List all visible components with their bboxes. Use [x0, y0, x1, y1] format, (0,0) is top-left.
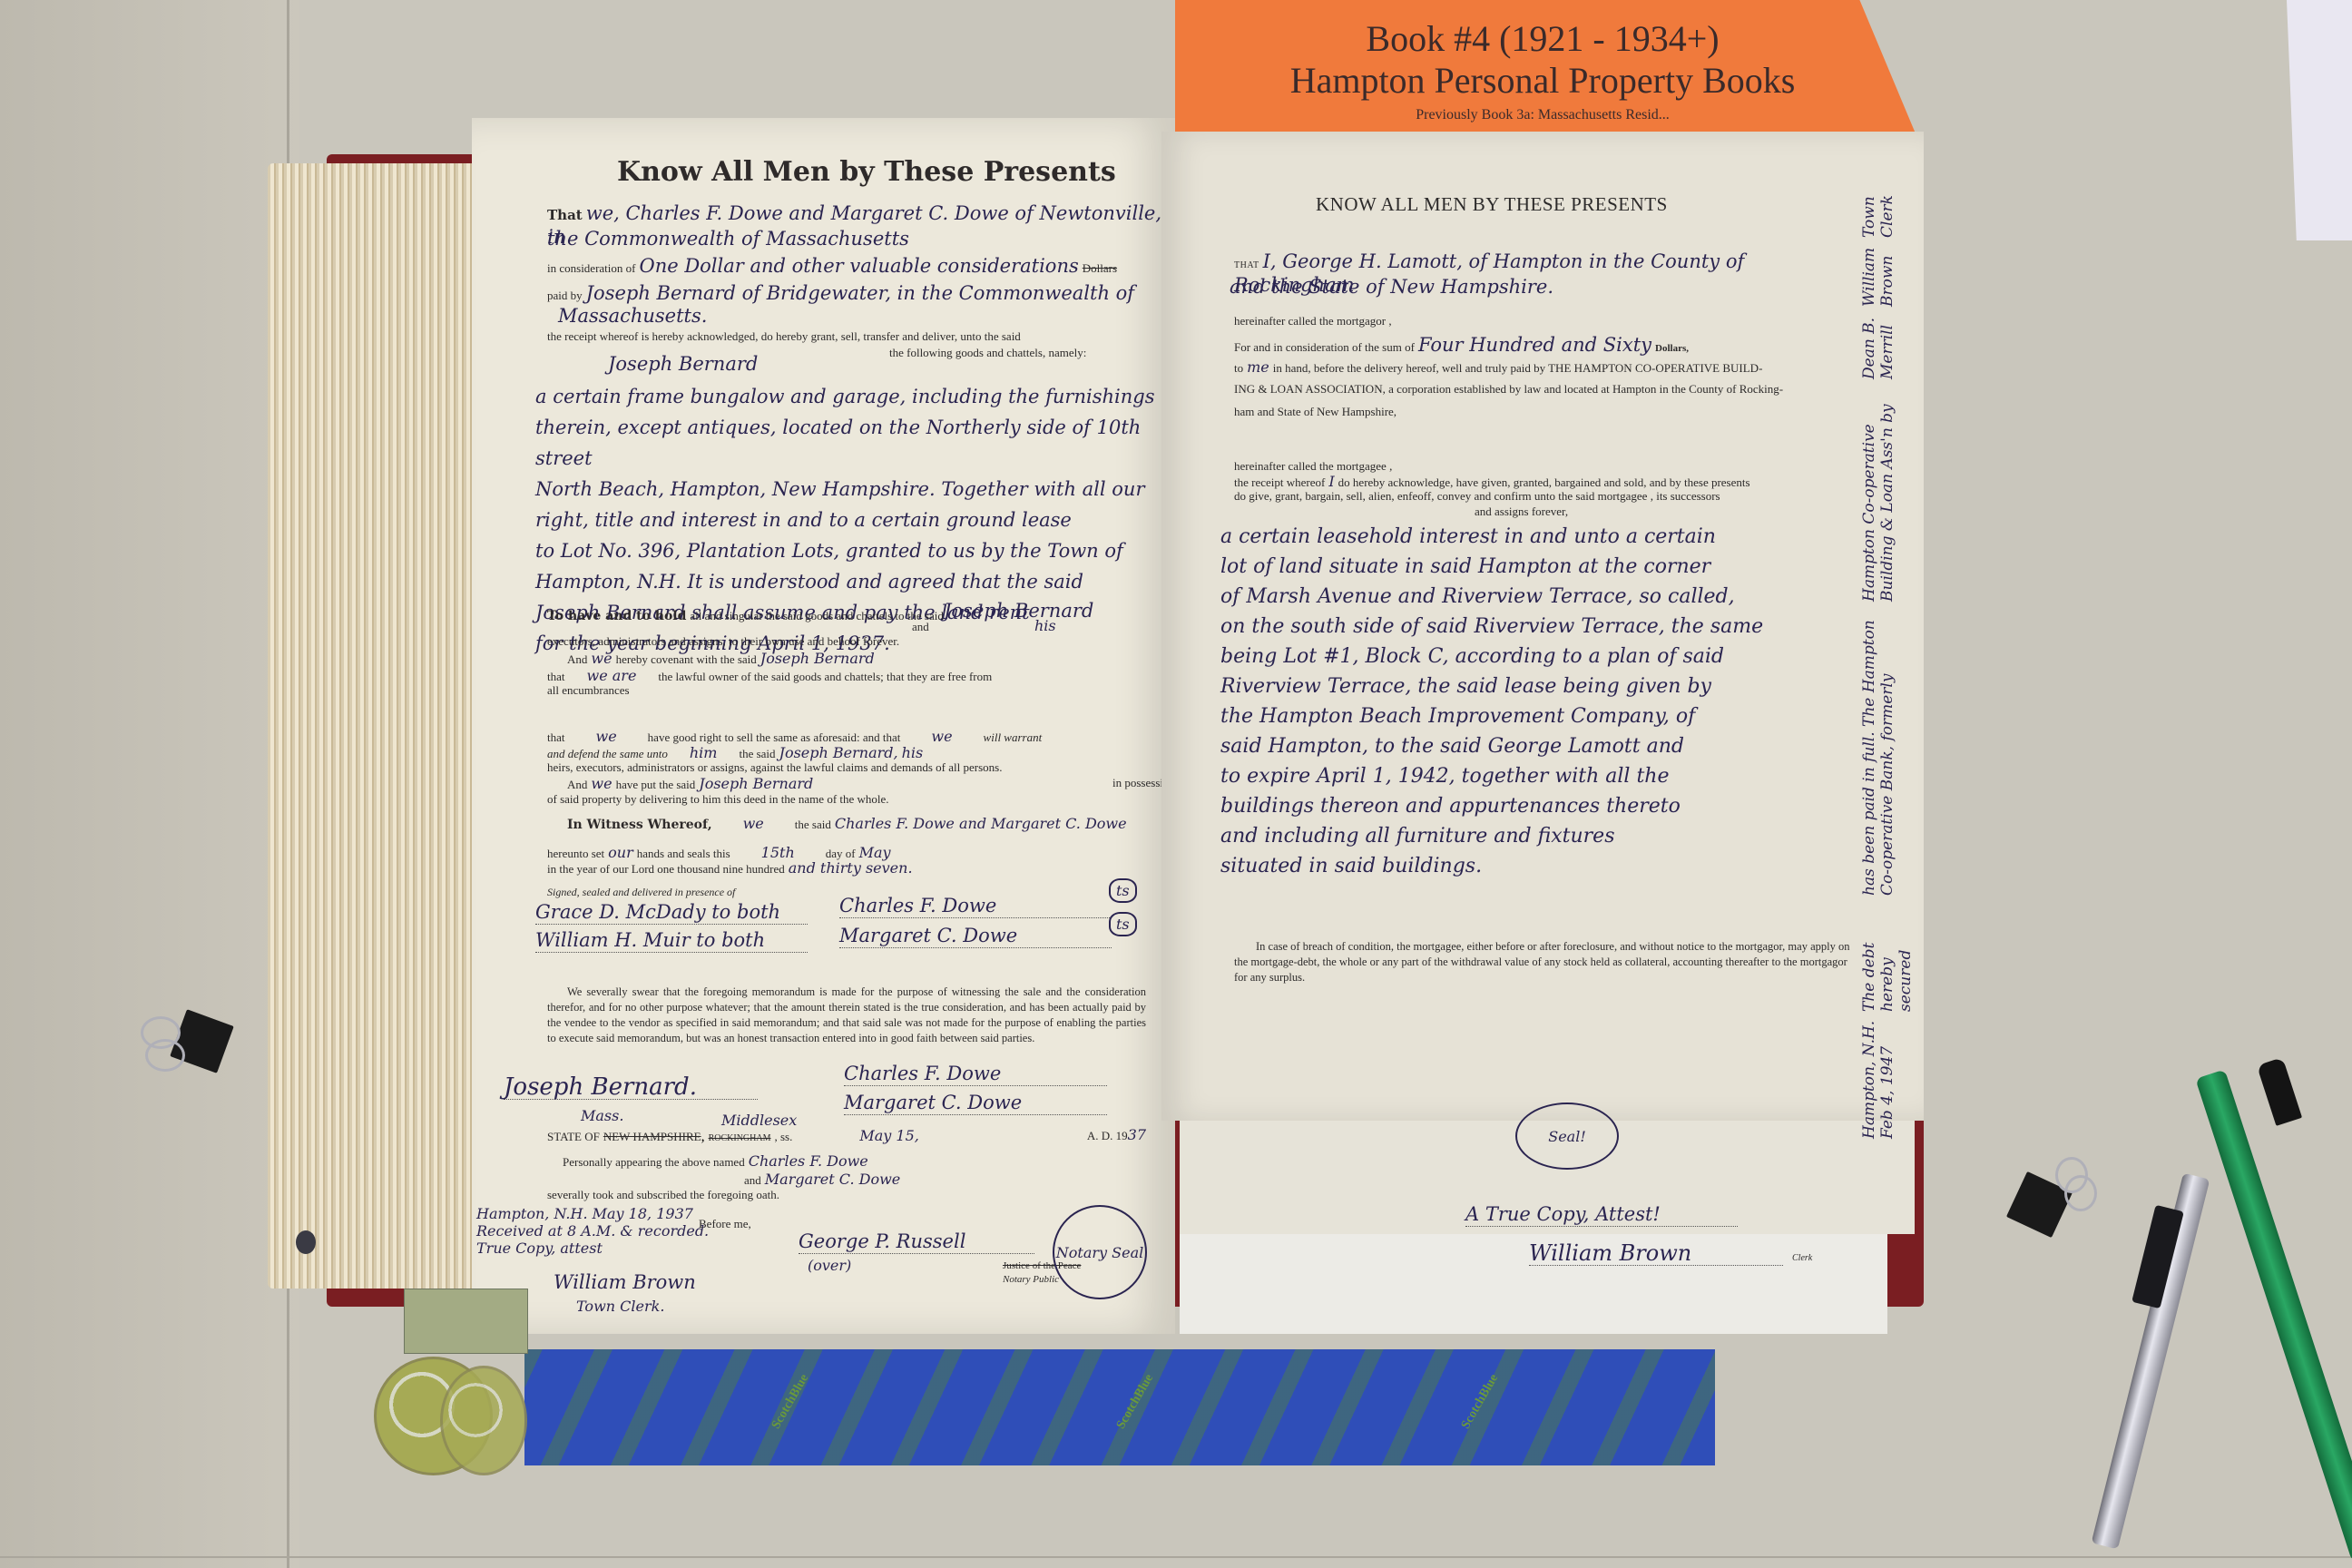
ad-label: A. D. 1937: [1087, 1127, 1146, 1143]
signed-text: Signed, sealed and delivered in presence…: [547, 885, 735, 900]
binder-clip-right[interactable]: [2005, 1152, 2114, 1234]
left-page: Know All Men by These Presents That we, …: [472, 118, 1175, 1334]
state-struck: NEW HAMPSHIRE: [603, 1130, 701, 1143]
paid-by-label: paid by: [547, 289, 583, 302]
right-text: have good right to sell the same as afor…: [648, 730, 901, 744]
tape-brand-label: ScotchBlue: [1114, 1372, 1157, 1432]
record-note-line: Hampton, N.H. May 18, 1937: [476, 1205, 709, 1222]
margin-note-line: Hampton, N.H. Feb 4, 1947: [1860, 1014, 1915, 1139]
orange-title-line2: Hampton Personal Property Books: [1175, 60, 1910, 102]
put-text: have put the said: [616, 778, 696, 791]
seal-mark-underlayer: Seal!: [1515, 1102, 1619, 1170]
date-hand: May 15,: [859, 1127, 919, 1144]
orange-title-line1: Book #4 (1921 - 1934+): [1175, 18, 1910, 60]
record-note: Hampton, N.H. May 18, 1937 Received at 8…: [476, 1205, 709, 1257]
record-note-line: Received at 8 A.M. & recorded.: [476, 1222, 709, 1240]
state-label: STATE OF: [547, 1130, 600, 1143]
owner-text: the lawful owner of the said goods and c…: [658, 670, 992, 683]
witness-label: In Witness Whereof,: [567, 818, 712, 832]
day-of: day of: [826, 847, 856, 860]
habendum-his: his: [1034, 617, 1056, 634]
warrant-text: will warrant: [984, 730, 1043, 744]
before-me: Before me,: [699, 1216, 751, 1231]
white-paper-corner: [2287, 0, 2352, 240]
description-line: a certain leasehold interest in and unto…: [1220, 522, 1874, 552]
give-text: do give, grant, bargain, sell, alien, en…: [1234, 488, 1720, 504]
sum-hand: Four Hundred and Sixty: [1418, 334, 1651, 356]
margin-note-line: The debt hereby secured: [1860, 897, 1915, 1011]
description-line: on the south side of said Riverview Terr…: [1220, 612, 1874, 642]
hands-text: hands and seals this: [637, 847, 730, 860]
description-line: Riverview Terrace, the said lease being …: [1220, 671, 1874, 701]
breach-text: In case of breach of condition, the mort…: [1234, 939, 1860, 985]
tape-brand-label: ScotchBlue: [769, 1372, 812, 1432]
consideration-label: in consideration of: [547, 261, 635, 275]
notary-label: Notary Public: [1003, 1272, 1059, 1288]
ad-year-hand: 37: [1128, 1126, 1146, 1143]
assoc-text: ING & LOAN ASSOCIATION, a corporation es…: [1234, 381, 1783, 397]
habendum-and: and: [912, 619, 929, 634]
orange-sheet-title: Book #4 (1921 - 1934+) Hampton Personal …: [1175, 18, 1910, 102]
personally-hand-2: Margaret C. Dowe: [765, 1171, 900, 1188]
oath-text: We severally swear that the foregoing me…: [547, 985, 1146, 1046]
paid-text: in hand, before the delivery hereof, wel…: [1273, 361, 1763, 375]
mortgagor-hand-2: and the State of New Hampshire.: [1230, 275, 1553, 299]
right-page-heading: KNOW ALL MEN BY THESE PRESENTS: [1316, 197, 1668, 212]
defend-text: and defend the same unto: [547, 747, 668, 760]
state-hand: Mass.: [581, 1107, 623, 1124]
witness-hand: Charles F. Dowe and Margaret C. Dowe: [835, 815, 1127, 832]
to-hand: me: [1247, 358, 1269, 376]
put-we: we: [591, 775, 612, 792]
encumbrances-text: all encumbrances: [547, 682, 630, 698]
description-line: situated in said buildings.: [1220, 851, 1874, 881]
personally-hand-1: Charles F. Dowe: [749, 1152, 868, 1170]
binder-clip-handle: [145, 1039, 185, 1072]
heirs-text: heirs, executors, administrators or assi…: [547, 759, 1002, 775]
right-we: we: [596, 728, 617, 745]
witness-signature: Grace D. McDady to both: [535, 900, 808, 925]
blue-painters-tape: ScotchBlue ScotchBlue ScotchBlue: [524, 1349, 1715, 1465]
personally-and: and: [744, 1173, 761, 1187]
defend-said: the said: [739, 747, 775, 760]
margin-note-line: William Brown: [1860, 240, 1915, 307]
book-page-edges: [268, 163, 485, 1289]
year-hand: and thirty seven.: [789, 859, 913, 877]
over-note: (over): [808, 1257, 851, 1274]
witness-signature: William H. Muir to both: [535, 928, 808, 953]
personally-text: Personally appearing the above named: [563, 1155, 745, 1169]
habendum-hand: Joseph Bernard: [944, 599, 1093, 622]
vendee-signature: Joseph Bernard.: [504, 1075, 758, 1100]
margin-note-line: has been paid in full. The Hampton Co-op…: [1860, 603, 1915, 896]
notary-signature: George P. Russell: [799, 1230, 1034, 1254]
binder-clip-handle: [2064, 1175, 2097, 1211]
description-line: and including all furniture and fixtures: [1220, 821, 1874, 851]
tape-brand-label: ScotchBlue: [1459, 1372, 1502, 1432]
description-line: right, title and interest in and to a ce…: [535, 505, 1171, 535]
covenant-text: hereby covenant with the said: [616, 652, 757, 666]
description-line: North Beach, Hampton, New Hampshire. Tog…: [535, 474, 1171, 505]
description-line: to expire April 1, 1942, together with a…: [1220, 761, 1874, 791]
witness-we: we: [743, 815, 764, 832]
right-page: KNOW ALL MEN BY THESE PRESENTS THAT I, G…: [1161, 132, 1924, 1121]
description-line: buildings thereon and appurtenances ther…: [1220, 791, 1874, 821]
left-page-heading: Know All Men by These Presents: [617, 156, 1116, 188]
orange-sheet-subtitle: Previously Book 3a: Massachusetts Resid.…: [1175, 107, 1910, 123]
oath-signature: Margaret C. Dowe: [844, 1091, 1107, 1115]
description-line: lot of land situate in said Hampton at t…: [1220, 552, 1874, 582]
covenant-hand: Joseph Bernard: [760, 650, 875, 667]
right-we-2: we: [931, 728, 952, 745]
grantor-signature: Charles F. Dowe: [839, 894, 1112, 918]
that-label: THAT: [1234, 260, 1259, 270]
oath-signature: Charles F. Dowe: [844, 1062, 1107, 1086]
consideration-hand: One Dollar and other valuable considerat…: [639, 255, 1078, 277]
witness-said: the said: [795, 818, 831, 831]
description-line: a certain frame bungalow and garage, inc…: [535, 381, 1171, 412]
that-label-2: that: [547, 670, 565, 683]
table-bottom-seam: [0, 1556, 2352, 1558]
record-note-line: True Copy, attest: [476, 1240, 709, 1257]
county-struck: ROCKINGHAM: [709, 1133, 771, 1143]
seal-mark: ts: [1109, 912, 1137, 936]
clip-disc-back: [440, 1366, 527, 1475]
ss-label: , ss.: [774, 1130, 792, 1143]
margin-note-line: Dean B. Merrill: [1860, 309, 1915, 379]
put-and: And: [567, 778, 587, 791]
margin-discharge-note: Hampton, N.H. Feb 4, 1947 The debt hereb…: [1860, 186, 1915, 1139]
covenant-and: And: [567, 652, 587, 666]
description-line: therein, except antiques, located on the…: [535, 412, 1171, 474]
put-hand: Joseph Bernard: [699, 775, 813, 792]
clerk-title: Town Clerk.: [576, 1298, 664, 1315]
goods-text: the following goods and chattels, namely…: [889, 345, 1086, 360]
paid-by-hand-2: Massachusetts.: [558, 304, 707, 328]
receipt-text: the receipt whereof: [1234, 475, 1325, 489]
table-surface-left: [0, 0, 299, 1568]
clerk-label-right: Clerk: [1792, 1250, 1812, 1266]
that-label: That: [547, 207, 583, 223]
table-hole: [296, 1230, 316, 1254]
description-line: of Marsh Avenue and Riverview Terrace, s…: [1220, 582, 1874, 612]
hereunto-text: hereunto set: [547, 847, 604, 860]
grantor-signature: Margaret C. Dowe: [839, 924, 1112, 948]
receipt-text: the receipt whereof is hereby acknowledg…: [547, 328, 1021, 344]
clerk-signature: William Brown: [554, 1270, 696, 1294]
dollars-struck: Dollars: [1083, 261, 1117, 275]
seal-mark: ts: [1109, 878, 1137, 903]
binder-clip-left[interactable]: [141, 1007, 250, 1080]
habendum-label: To have and to hold: [547, 609, 686, 623]
took-text: severally took and subscribed the forego…: [547, 1187, 779, 1202]
description-line: the Hampton Beach Improvement Company, o…: [1220, 701, 1874, 731]
margin-note-line: Hampton Co-operative Building & Loan Ass…: [1860, 381, 1915, 603]
description-line: to Lot No. 396, Plantation Lots, granted…: [535, 535, 1171, 566]
dollars-text: Dollars,: [1655, 343, 1689, 354]
assigns-text: and assigns forever,: [1475, 504, 1568, 519]
grantors-hand-2: the Commonwealth of Massachusetts: [547, 227, 909, 250]
sum-text: For and in consideration of the sum of: [1234, 340, 1415, 354]
decorative-binder-clip[interactable]: [404, 1289, 528, 1354]
description-line: said Hampton, to the said George Lamott …: [1220, 731, 1874, 761]
to-label: to: [1234, 361, 1243, 375]
margin-note-line: Town Clerk: [1860, 186, 1915, 238]
state-text: ham and State of New Hampshire,: [1234, 404, 1396, 419]
description-line: being Lot #1, Block C, according to a pl…: [1220, 642, 1874, 671]
right-that: that: [547, 730, 565, 744]
notary-seal: Notary Seal: [1053, 1205, 1147, 1299]
green-pen[interactable]: [2195, 1069, 2352, 1562]
deliver-text: of said property by delivering to him th…: [547, 791, 889, 807]
executors-text: executors, administrators and assigns, t…: [547, 633, 899, 649]
paid-by-hand: Joseph Bernard of Bridgewater, in the Co…: [586, 282, 1134, 304]
acknowledge-text: do hereby acknowledge, have given, grant…: [1338, 475, 1750, 489]
year-text: in the year of our Lord one thousand nin…: [547, 862, 785, 876]
grantee-hand: Joseph Bernard: [608, 352, 758, 376]
covenant-we: we: [591, 650, 612, 667]
mortgage-description: a certain leasehold interest in and unto…: [1220, 522, 1874, 881]
description-line: Hampton, N.H. It is understood and agree…: [535, 566, 1171, 597]
habendum-text: all and singular the said goods and chat…: [690, 609, 943, 622]
mortgagee-text: hereinafter called the mortgagee ,: [1234, 458, 1392, 474]
true-copy-hand: A True Copy, Attest!: [1465, 1202, 1738, 1227]
clerk-signature-right: William Brown: [1529, 1241, 1783, 1266]
mortgagor-text: hereinafter called the mortgagor ,: [1234, 313, 1392, 328]
green-pen-tip: [2257, 1057, 2302, 1126]
